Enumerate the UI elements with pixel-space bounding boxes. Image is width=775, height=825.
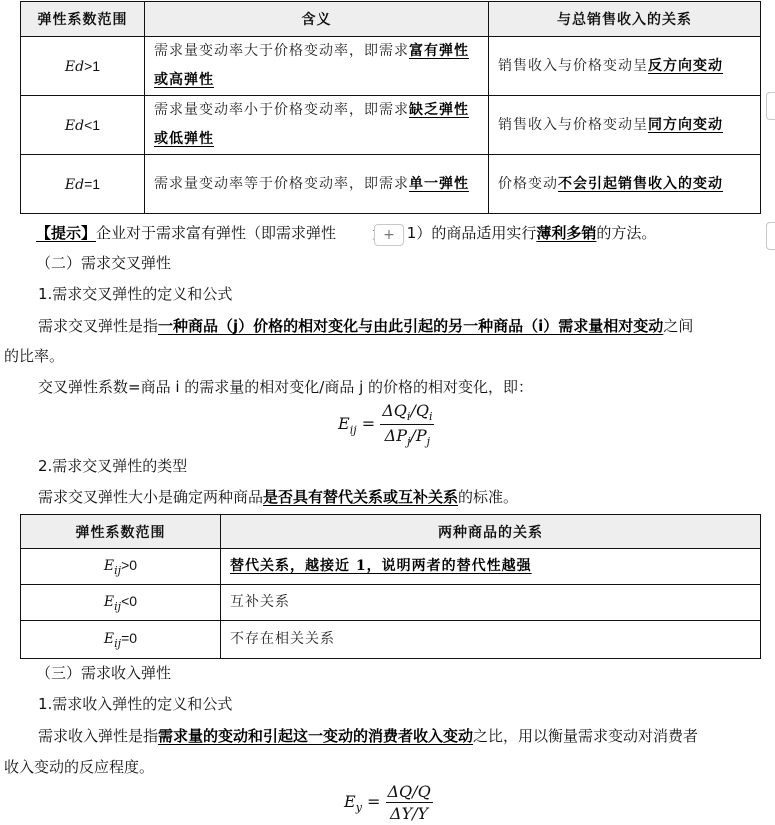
section-heading: （三）需求收入弹性 <box>36 663 171 683</box>
range-cell: Eij<0 <box>21 585 221 621</box>
definition-paragraph-cont: 的比率。 <box>4 346 64 366</box>
side-collapse-tab-top[interactable] <box>766 92 775 120</box>
table-row: Eij=0 不存在相关关系 <box>21 621 761 659</box>
subsection-heading: 1.需求交叉弹性的定义和公式 <box>38 284 232 304</box>
types-paragraph: 需求交叉弹性大小是确定两种商品是否具有替代关系或互补关系的标准。 <box>38 487 518 507</box>
add-button[interactable]: + <box>374 224 404 246</box>
range-cell: Eij=0 <box>21 621 221 659</box>
range-cell: Eij>0 <box>21 549 221 585</box>
table-row: Eij<0 互补关系 <box>21 585 761 621</box>
coefficient-text: 交叉弹性系数=商品 i 的需求量的相对变化/商品 j 的价格的相对变化，即： <box>38 377 533 397</box>
table-header-row: 弹性系数范围 两种商品的关系 <box>21 515 761 549</box>
header-range: 弹性系数范围 <box>21 2 145 37</box>
range-cell: Ed>1 <box>21 37 145 96</box>
side-collapse-tab-bottom[interactable] <box>766 222 775 250</box>
header-relation: 两种商品的关系 <box>221 515 761 549</box>
cross-elasticity-table: 弹性系数范围 两种商品的关系 Eij>0 替代关系，越接近 1，说明两者的替代性… <box>20 514 761 659</box>
relation-cell: 价格变动不会引起销售收入的变动 <box>489 155 761 214</box>
relation-cell: 替代关系，越接近 1，说明两者的替代性越强 <box>221 549 761 585</box>
section-heading: （二）需求交叉弹性 <box>36 253 171 273</box>
table-row: Ed<1 需求量变动率小于价格变动率，即需求缺乏弹性或低弹性 销售收入与价格变动… <box>21 96 761 155</box>
header-meaning: 含义 <box>145 2 489 37</box>
relation-cell: 互补关系 <box>221 585 761 621</box>
range-cell: Ed<1 <box>21 96 145 155</box>
relation-cell: 销售收入与价格变动呈同方向变动 <box>489 96 761 155</box>
table-row: Eij>0 替代关系，越接近 1，说明两者的替代性越强 <box>21 549 761 585</box>
meaning-cell: 需求量变动率等于价格变动率，即需求单一弹性 <box>145 155 489 214</box>
table-header-row: 弹性系数范围 含义 与总销售收入的关系 <box>21 2 761 37</box>
table-row: Ed>1 需求量变动率大于价格变动率，即需求富有弹性或高弹性 销售收入与价格变动… <box>21 37 761 96</box>
header-range: 弹性系数范围 <box>21 515 221 549</box>
table-row: Ed=1 需求量变动率等于价格变动率，即需求单一弹性 价格变动不会引起销售收入的… <box>21 155 761 214</box>
range-cell: Ed=1 <box>21 155 145 214</box>
definition-paragraph-cont: 收入变动的反应程度。 <box>4 757 154 777</box>
definition-paragraph: 需求收入弹性是指需求量的变动和引起这一变动的消费者收入变动之比，用以衡量需求变动… <box>38 726 698 746</box>
price-elasticity-table: 弹性系数范围 含义 与总销售收入的关系 Ed>1 需求量变动率大于价格变动率，即… <box>20 1 761 214</box>
tip-label: 【提示】 <box>36 224 96 242</box>
meaning-cell: 需求量变动率大于价格变动率，即需求富有弹性或高弹性 <box>145 37 489 96</box>
cross-elasticity-formula: Eij = ΔQi/Qi ΔPj/Pj <box>338 401 434 448</box>
relation-cell: 销售收入与价格变动呈反方向变动 <box>489 37 761 96</box>
subsection-heading: 1.需求收入弹性的定义和公式 <box>38 694 232 714</box>
tip-paragraph: 【提示】企业对于需求富有弹性（即需求弹性大于 1）的商品适用实行薄利多销的方法。 <box>38 223 656 243</box>
definition-paragraph: 需求交叉弹性是指一种商品（j）价格的相对变化与由此引起的另一种商品（i）需求量相… <box>38 316 693 336</box>
subsection-heading: 2.需求交叉弹性的类型 <box>38 456 187 476</box>
meaning-cell: 需求量变动率小于价格变动率，即需求缺乏弹性或低弹性 <box>145 96 489 155</box>
relation-cell: 不存在相关关系 <box>221 621 761 659</box>
header-relation: 与总销售收入的关系 <box>489 2 761 37</box>
income-elasticity-formula: Ey = ΔQ/Q ΔY/Y <box>344 782 433 823</box>
